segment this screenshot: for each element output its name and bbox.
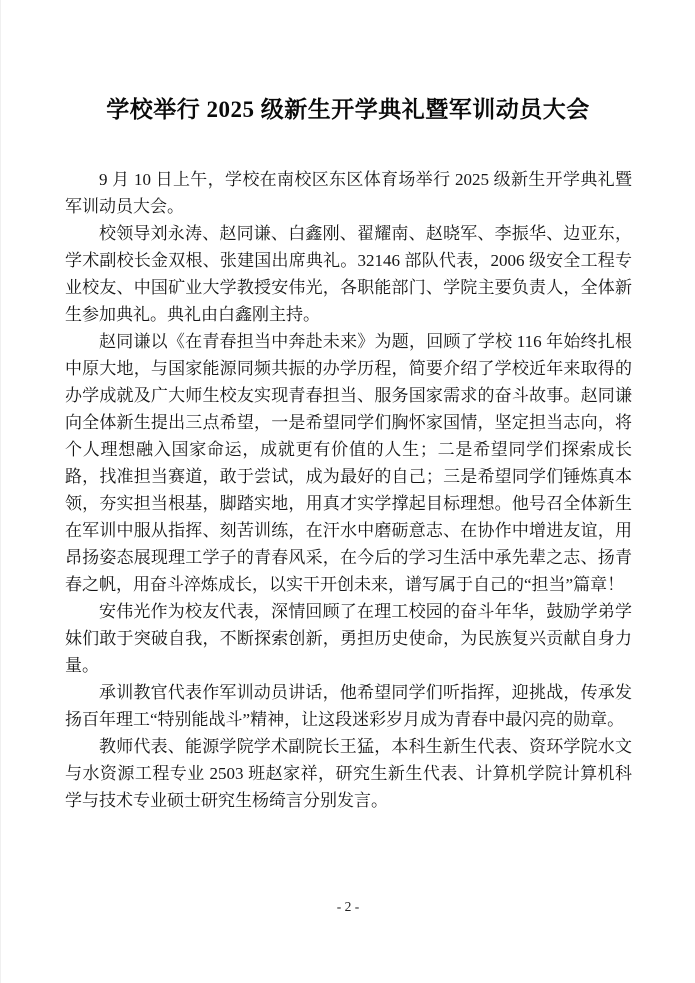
paragraph-intro: 9 月 10 日上午，学校在南校区东区体育场举行 2025 级新生开学典礼暨军训…: [65, 166, 632, 220]
document-body: 9 月 10 日上午，学校在南校区东区体育场举行 2025 级新生开学典礼暨军训…: [65, 166, 632, 814]
paragraph-attendees: 校领导刘永涛、赵同谦、白鑫刚、翟耀南、赵晓军、李振华、边亚东，学术副校长金双根、…: [65, 220, 632, 328]
page-number: - 2 -: [1, 898, 695, 916]
paragraph-representatives: 教师代表、能源学院学术副院长王猛，本科生新生代表、资环学院水文与水资源工程专业 …: [65, 733, 632, 814]
document-title: 学校举行 2025 级新生开学典礼暨军训动员大会: [41, 95, 655, 125]
paragraph-speech-president: 赵同谦以《在青春担当中奔赴未来》为题，回顾了学校 116 年始终扎根中原大地，与…: [65, 328, 632, 598]
document-page: 学校举行 2025 级新生开学典礼暨军训动员大会 9 月 10 日上午，学校在南…: [0, 0, 695, 983]
paragraph-alumni-speech: 安伟光作为校友代表，深情回顾了在理工校园的奋斗年华，鼓励学弟学妹们敢于突破自我，…: [65, 598, 632, 679]
paragraph-instructor-speech: 承训教官代表作军训动员讲话，他希望同学们听指挥，迎挑战，传承发扬百年理工“特别能…: [65, 679, 632, 733]
